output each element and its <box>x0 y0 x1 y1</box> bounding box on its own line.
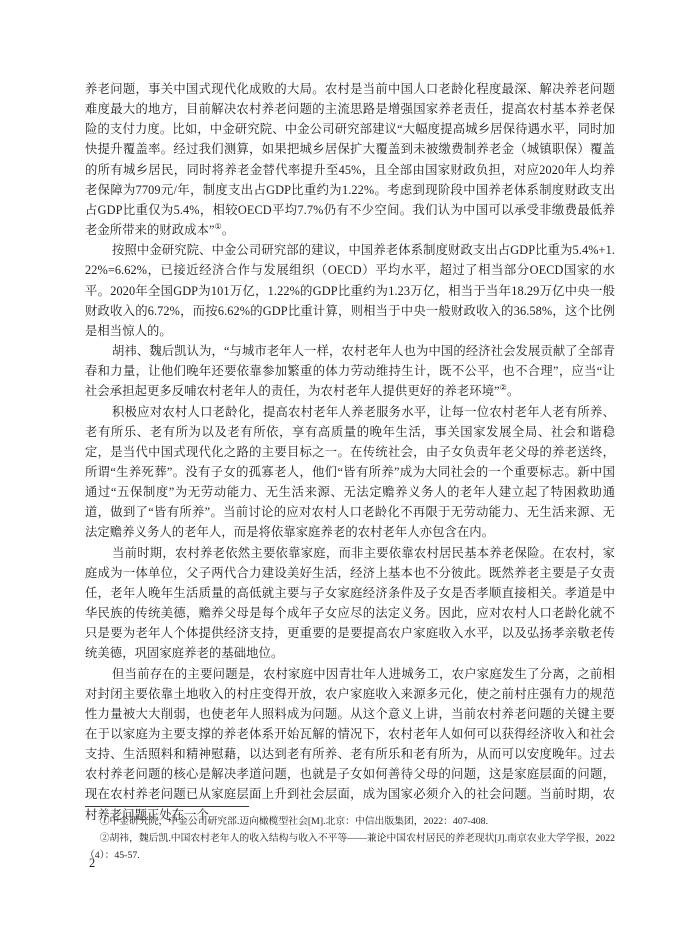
page-number: 2 <box>89 856 95 871</box>
footnote-item: ②胡祎，魏后凯.中国农村老年人的收入结构与收入不平等——兼论中国农村居民的养老现… <box>85 831 615 865</box>
footnotes-section: ①中金研究院，中金公司研究部.迈向橄榄型社会[M].北京：中信出版集团，2022… <box>85 806 615 864</box>
paragraph: 胡祎、魏后凯认为，“与城市老年人一样，农村老年人也为中国的经济社会发展贡献了全部… <box>85 341 615 401</box>
document-page: 养老问题，事关中国式现代化成败的大局。农村是当前中国人口老龄化程度最深、解决养老… <box>0 0 700 943</box>
paragraph: 但当前存在的主要问题是，农村家庭中因青壮年人进城务工，农户家庭发生了分离，之前相… <box>85 664 615 825</box>
paragraph-continuation: 养老问题，事关中国式现代化成败的大局。农村是当前中国人口老龄化程度最深、解决养老… <box>85 79 615 240</box>
footnote-item: ①中金研究院，中金公司研究部.迈向橄榄型社会[M].北京：中信出版集团，2022… <box>85 814 615 831</box>
footnote-ref: ② <box>500 383 507 392</box>
paragraph: 当前时期，农村养老依然主要依靠家庭，而非主要依靠农村居民基本养老保险。在农村，家… <box>85 543 615 664</box>
body-text: 养老问题，事关中国式现代化成败的大局。农村是当前中国人口老龄化程度最深、解决养老… <box>85 79 615 825</box>
footnote-separator-rule <box>85 806 249 807</box>
footnote-ref: ① <box>215 222 222 231</box>
paragraph: 积极应对农村人口老龄化，提高农村老年人养老服务水平，让每一位农村老年人老有所养、… <box>85 402 615 543</box>
paragraph: 按照中金研究院、中金公司研究部的建议，中国养老体系制度财政支出占GDP比重为5.… <box>85 240 615 341</box>
